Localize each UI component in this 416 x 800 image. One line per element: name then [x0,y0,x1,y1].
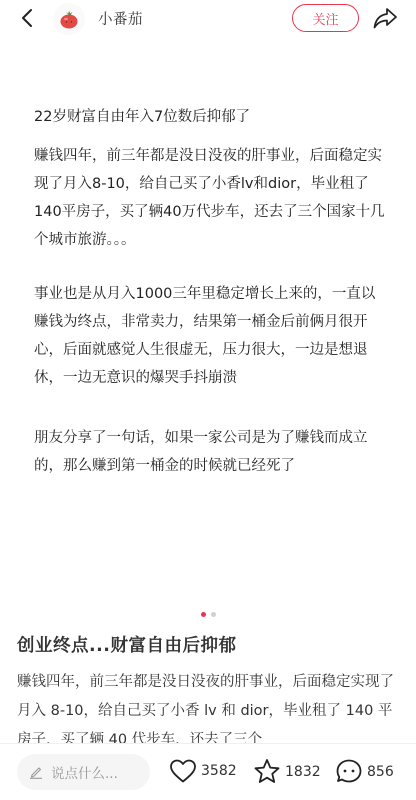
like-count: 3582 [201,763,237,779]
comment-input[interactable]: 说点什么... [17,754,150,790]
bottom-action-bar: 说点什么... 3582 1832 856 [0,743,416,800]
back-button[interactable] [16,6,38,30]
heart-icon [169,758,197,784]
image-paragraph-2: 事业也是从月入1000三年里稳定增长上来的，一直以赚钱为终点，非常卖力，结果第一… [34,280,386,392]
favorite-button[interactable]: 1832 [253,758,321,785]
carousel-dot[interactable] [211,612,216,617]
share-button[interactable] [372,7,398,29]
like-button[interactable]: 3582 [169,758,237,784]
share-arrow-icon [372,7,398,29]
pencil-icon [29,765,43,779]
top-bar: 小番茄 关注 [0,0,416,38]
image-paragraph-3: 朋友分享了一句话，如果一家公司是为了赚钱而成立的，那么赚到第一桶金的时候就已经死… [34,424,386,480]
post-body: 赚钱四年，前三年都是没日没夜的肝事业，后面稳定实现了月入 8-10，给自己买了小… [17,668,406,748]
image-paragraph-1: 赚钱四年，前三年都是没日没夜的肝事业，后面稳定实现了月入8-10，给自己买了小香… [34,142,386,254]
chevron-left-icon [20,8,34,28]
post-image[interactable]: 22岁财富自由年入7位数后抑郁了 赚钱四年，前三年都是没日没夜的肝事业，后面稳定… [0,38,416,608]
star-icon [253,758,281,785]
follow-button[interactable]: 关注 [292,4,359,32]
image-title: 22岁财富自由年入7位数后抑郁了 [34,104,386,130]
tomato-avatar-icon [58,8,80,30]
avatar[interactable] [53,3,85,35]
comment-count: 856 [367,764,394,780]
favorite-count: 1832 [285,764,321,780]
comment-bubble-icon [335,758,363,785]
carousel-dot-active[interactable] [201,612,206,617]
username[interactable]: 小番茄 [98,8,143,29]
carousel-indicator [0,612,416,617]
comment-placeholder: 说点什么... [51,762,118,782]
comment-button[interactable]: 856 [335,758,394,785]
post-title: 创业终点...财富自由后抑郁 [17,632,236,657]
